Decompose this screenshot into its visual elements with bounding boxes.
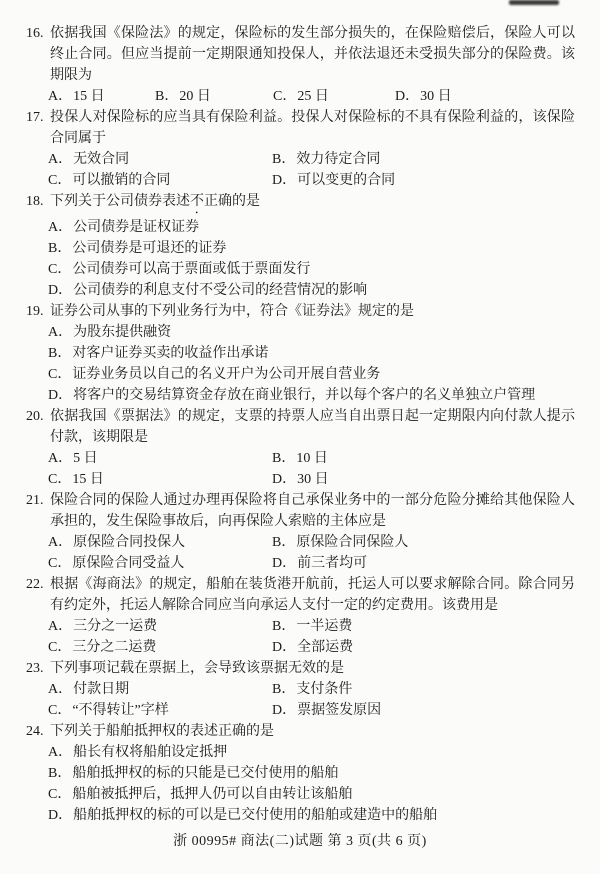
- stem-text: 依据我国《保险法》的规定，保险标的发生部分损失的，在保险赔偿后，保险人可以终止合…: [50, 26, 575, 83]
- option-C: C．原保险合同受益人: [48, 553, 272, 574]
- question-number: 20.: [26, 406, 50, 427]
- option-D: D．30 日: [395, 86, 575, 107]
- options-group: A．付款日期B．支付条件C．“不得转让”字样D．票据签发原因: [48, 679, 575, 721]
- question-24: 24.下列关于船舶抵押权的表述正确的是A．船长有权将船舶设定抵押B．船舶抵押权的…: [26, 721, 575, 826]
- stem-text: 正确的是: [204, 194, 260, 209]
- option-A: A．船长有权将船舶设定抵押: [48, 742, 575, 763]
- option-A: A．原保险合同投保人: [48, 532, 272, 553]
- stem-text: 投保人对保险标的应当具有保险利益。投保人对保险标的不具有保险利益的，该保险合同属…: [50, 110, 575, 146]
- options-group: A．船长有权将船舶设定抵押B．船舶抵押权的标的只能是已交付使用的船舶C．船舶被抵…: [48, 742, 575, 826]
- question-stem: 下列事项记载在票据上，会导致该票据无效的是: [50, 658, 575, 679]
- footer-text: 浙 00995# 商法(二)试题 第 3 页(共 6 页): [173, 834, 427, 849]
- question-body: 证券公司从事的下列业务行为中，符合《证券法》规定的是A．为股东提供融资B．对客户…: [50, 301, 575, 406]
- option-B: B．支付条件: [272, 679, 575, 700]
- question-22: 22.根据《海商法》的规定，船舶在装货港开航前，托运人可以要求解除合同。除合同另…: [26, 574, 575, 658]
- option-B: B．效力待定合同: [272, 149, 575, 170]
- option-B: B．公司债券是可退还的证券: [48, 238, 575, 259]
- option-label: B．: [272, 619, 295, 634]
- option-D: D．前三者均可: [272, 553, 575, 574]
- option-A: A．5 日: [48, 448, 272, 469]
- question-list: 16.依据我国《保险法》的规定，保险标的发生部分损失的，在保险赔偿后，保险人可以…: [26, 23, 575, 826]
- option-label: C．: [48, 173, 71, 188]
- option-A: A．无效合同: [48, 149, 272, 170]
- option-text: 效力待定合同: [296, 152, 380, 167]
- option-text: 20 日: [179, 89, 211, 104]
- question-number: 23.: [26, 658, 50, 679]
- option-label: C．: [48, 472, 71, 487]
- option-label: C．: [48, 262, 71, 277]
- option-C: C．15 日: [48, 469, 272, 490]
- option-D: D．可以变更的合同: [272, 170, 575, 191]
- question-body: 依据我国《票据法》的规定，支票的持票人应当自出票日起一定期限内向付款人提示付款，…: [50, 406, 575, 490]
- option-B: B．船舶抵押权的标的只能是已交付使用的船舶: [48, 763, 575, 784]
- option-text: 公司债券是可退还的证券: [72, 241, 226, 256]
- option-label: A．: [48, 325, 72, 340]
- option-B: B．对客户证券买卖的收益作出承诺: [48, 343, 575, 364]
- question-stem: 根据《海商法》的规定，船舶在装货港开航前，托运人可以要求解除合同。除合同另有约定…: [50, 574, 575, 616]
- option-C: C．船舶被抵押后，抵押人仍可以自由转让该船舶: [48, 784, 575, 805]
- option-text: 前三者均可: [297, 556, 367, 571]
- option-label: D．: [272, 703, 296, 718]
- option-A: A．为股东提供融资: [48, 322, 575, 343]
- question-body: 下列关于船舶抵押权的表述正确的是A．船长有权将船舶设定抵押B．船舶抵押权的标的只…: [50, 721, 575, 826]
- stem-text: 下列关于公司债券表述: [50, 194, 190, 209]
- option-text: 10 日: [296, 451, 328, 466]
- option-text: 原保险合同投保人: [73, 535, 185, 550]
- options-group: A．为股东提供融资B．对客户证券买卖的收益作出承诺C．证券业务员以自己的名义开户…: [48, 322, 575, 406]
- question-stem: 下列关于船舶抵押权的表述正确的是: [50, 721, 575, 742]
- option-text: 三分之一运费: [73, 619, 157, 634]
- option-B: B．原保险合同保险人: [272, 532, 575, 553]
- option-label: B．: [272, 152, 295, 167]
- stem-text: 依据我国《票据法》的规定，支票的持票人应当自出票日起一定期限内向付款人提示付款，…: [50, 409, 575, 445]
- option-text: 票据签发原因: [297, 703, 381, 718]
- option-label: A．: [48, 152, 72, 167]
- stem-text: 保险合同的保险人通过办理再保险将自己承保业务中的一部分危险分摊给其他保险人承担的…: [50, 493, 575, 529]
- option-D: D．全部运费: [272, 637, 575, 658]
- options-group: A．原保险合同投保人B．原保险合同保险人C．原保险合同受益人D．前三者均可: [48, 532, 575, 574]
- options-group: A．公司债券是证权证券B．公司债券是可退还的证券C．公司债券可以高于票面或低于票…: [48, 217, 575, 301]
- scan-smudge-artifact: [509, 0, 559, 5]
- option-label: A．: [48, 451, 72, 466]
- exam-paper: 16.依据我国《保险法》的规定，保险标的发生部分损失的，在保险赔偿后，保险人可以…: [0, 0, 600, 826]
- question-stem: 证券公司从事的下列业务行为中，符合《证券法》规定的是: [50, 301, 575, 322]
- option-text: “不得转让”字样: [72, 703, 168, 718]
- option-text: 公司债券是证权证券: [73, 220, 199, 235]
- question-number: 18.: [26, 191, 50, 212]
- option-label: B．: [48, 766, 71, 781]
- option-label: D．: [48, 283, 72, 298]
- option-label: A．: [48, 745, 72, 760]
- option-label: C．: [48, 787, 71, 802]
- option-label: B．: [155, 89, 178, 104]
- option-text: 30 日: [297, 472, 329, 487]
- option-D: D．船舶抵押权的标的可以是已交付使用的船舶或建造中的船舶: [48, 805, 575, 826]
- option-label: D．: [272, 556, 296, 571]
- option-text: 三分之二运费: [72, 640, 156, 655]
- option-label: A．: [48, 220, 72, 235]
- option-C: C．可以撤销的合同: [48, 170, 272, 191]
- option-label: C．: [273, 89, 296, 104]
- options-group: A．15 日B．20 日C．25 日D．30 日: [48, 86, 575, 107]
- question-17: 17.投保人对保险标的应当具有保险利益。投保人对保险标的不具有保险利益的，该保险…: [26, 107, 575, 191]
- option-text: 15 日: [73, 89, 105, 104]
- option-B: B．10 日: [272, 448, 575, 469]
- option-text: 可以变更的合同: [297, 173, 395, 188]
- option-label: D．: [48, 388, 72, 403]
- option-D: D．公司债券的利息支付不受公司的经营情况的影响: [48, 280, 575, 301]
- option-label: B．: [48, 241, 71, 256]
- question-stem: 依据我国《票据法》的规定，支票的持票人应当自出票日起一定期限内向付款人提示付款，…: [50, 406, 575, 448]
- question-stem: 保险合同的保险人通过办理再保险将自己承保业务中的一部分危险分摊给其他保险人承担的…: [50, 490, 575, 532]
- option-B: B．一半运费: [272, 616, 575, 637]
- option-C: C．公司债券可以高于票面或低于票面发行: [48, 259, 575, 280]
- option-text: 将客户的交易结算资金存放在商业银行，并以每个客户的名义单独立户管理: [73, 388, 535, 403]
- stem-text: 下列关于船舶抵押权的表述正确的是: [50, 724, 274, 739]
- option-label: D．: [272, 472, 296, 487]
- question-body: 下列事项记载在票据上，会导致该票据无效的是A．付款日期B．支付条件C．“不得转让…: [50, 658, 575, 721]
- option-label: C．: [48, 556, 71, 571]
- option-text: 可以撤销的合同: [72, 173, 170, 188]
- stem-text-emphasized: 不: [190, 194, 204, 209]
- options-group: A．三分之一运费B．一半运费C．三分之二运费D．全部运费: [48, 616, 575, 658]
- question-body: 投保人对保险标的应当具有保险利益。投保人对保险标的不具有保险利益的，该保险合同属…: [50, 107, 575, 191]
- option-text: 全部运费: [297, 640, 353, 655]
- question-23: 23.下列事项记载在票据上，会导致该票据无效的是A．付款日期B．支付条件C．“不…: [26, 658, 575, 721]
- question-body: 依据我国《保险法》的规定，保险标的发生部分损失的，在保险赔偿后，保险人可以终止合…: [50, 23, 575, 107]
- option-A: A．15 日: [48, 86, 155, 107]
- question-number: 19.: [26, 301, 50, 322]
- option-text: 为股东提供融资: [73, 325, 171, 340]
- option-label: D．: [48, 808, 72, 823]
- question-21: 21.保险合同的保险人通过办理再保险将自己承保业务中的一部分危险分摊给其他保险人…: [26, 490, 575, 574]
- question-stem: 下列关于公司债券表述不正确的是: [50, 191, 575, 217]
- option-text: 船舶被抵押后，抵押人仍可以自由转让该船舶: [72, 787, 352, 802]
- options-group: A．无效合同B．效力待定合同C．可以撤销的合同D．可以变更的合同: [48, 149, 575, 191]
- option-text: 一半运费: [296, 619, 352, 634]
- option-label: B．: [272, 682, 295, 697]
- question-body: 下列关于公司债券表述不正确的是A．公司债券是证权证券B．公司债券是可退还的证券C…: [50, 191, 575, 301]
- question-number: 22.: [26, 574, 50, 595]
- stem-text: 证券公司从事的下列业务行为中，符合《证券法》规定的是: [50, 304, 414, 319]
- option-text: 原保险合同保险人: [296, 535, 408, 550]
- option-C: C．三分之二运费: [48, 637, 272, 658]
- option-C: C．“不得转让”字样: [48, 700, 272, 721]
- question-body: 根据《海商法》的规定，船舶在装货港开航前，托运人可以要求解除合同。除合同另有约定…: [50, 574, 575, 658]
- scanned-exam-page: { "page": { "background_color": "#fbfbf9…: [0, 0, 600, 874]
- option-text: 付款日期: [73, 682, 129, 697]
- question-19: 19.证券公司从事的下列业务行为中，符合《证券法》规定的是A．为股东提供融资B．…: [26, 301, 575, 406]
- question-20: 20.依据我国《票据法》的规定，支票的持票人应当自出票日起一定期限内向付款人提示…: [26, 406, 575, 490]
- stem-text: 下列事项记载在票据上，会导致该票据无效的是: [50, 661, 344, 676]
- option-label: B．: [272, 535, 295, 550]
- option-text: 船长有权将船舶设定抵押: [73, 745, 227, 760]
- option-label: C．: [48, 703, 71, 718]
- option-text: 对客户证券买卖的收益作出承诺: [72, 346, 268, 361]
- question-18: 18.下列关于公司债券表述不正确的是A．公司债券是证权证券B．公司债券是可退还的…: [26, 191, 575, 301]
- question-number: 16.: [26, 23, 50, 44]
- option-text: 公司债券的利息支付不受公司的经营情况的影响: [73, 283, 367, 298]
- option-A: A．付款日期: [48, 679, 272, 700]
- option-text: 25 日: [297, 89, 329, 104]
- option-D: D．将客户的交易结算资金存放在商业银行，并以每个客户的名义单独立户管理: [48, 385, 575, 406]
- option-text: 5 日: [73, 451, 98, 466]
- question-stem: 投保人对保险标的应当具有保险利益。投保人对保险标的不具有保险利益的，该保险合同属…: [50, 107, 575, 149]
- option-text: 证券业务员以自己的名义开户为公司开展自营业务: [72, 367, 380, 382]
- option-label: A．: [48, 535, 72, 550]
- option-D: D．30 日: [272, 469, 575, 490]
- option-D: D．票据签发原因: [272, 700, 575, 721]
- option-text: 公司债券可以高于票面或低于票面发行: [72, 262, 310, 277]
- question-number: 21.: [26, 490, 50, 511]
- option-text: 船舶抵押权的标的只能是已交付使用的船舶: [72, 766, 338, 781]
- option-A: A．公司债券是证权证券: [48, 217, 575, 238]
- option-text: 30 日: [420, 89, 452, 104]
- question-number: 24.: [26, 721, 50, 742]
- option-label: B．: [272, 451, 295, 466]
- option-C: C．25 日: [273, 86, 395, 107]
- option-C: C．证券业务员以自己的名义开户为公司开展自营业务: [48, 364, 575, 385]
- question-number: 17.: [26, 107, 50, 128]
- option-A: A．三分之一运费: [48, 616, 272, 637]
- option-text: 无效合同: [73, 152, 129, 167]
- option-label: D．: [272, 173, 296, 188]
- option-label: A．: [48, 682, 72, 697]
- stem-text: 根据《海商法》的规定，船舶在装货港开航前，托运人可以要求解除合同。除合同另有约定…: [50, 577, 575, 613]
- option-label: D．: [272, 640, 296, 655]
- question-16: 16.依据我国《保险法》的规定，保险标的发生部分损失的，在保险赔偿后，保险人可以…: [26, 23, 575, 107]
- option-text: 船舶抵押权的标的可以是已交付使用的船舶或建造中的船舶: [73, 808, 437, 823]
- option-label: C．: [48, 640, 71, 655]
- option-text: 15 日: [72, 472, 104, 487]
- question-body: 保险合同的保险人通过办理再保险将自己承保业务中的一部分危险分摊给其他保险人承担的…: [50, 490, 575, 574]
- option-label: C．: [48, 367, 71, 382]
- option-label: A．: [48, 89, 72, 104]
- options-group: A．5 日B．10 日C．15 日D．30 日: [48, 448, 575, 490]
- option-B: B．20 日: [155, 86, 273, 107]
- option-text: 支付条件: [296, 682, 352, 697]
- question-stem: 依据我国《保险法》的规定，保险标的发生部分损失的，在保险赔偿后，保险人可以终止合…: [50, 23, 575, 86]
- option-label: B．: [48, 346, 71, 361]
- page-footer: 浙 00995# 商法(二)试题 第 3 页(共 6 页): [0, 831, 600, 852]
- option-label: A．: [48, 619, 72, 634]
- option-label: D．: [395, 89, 419, 104]
- option-text: 原保险合同受益人: [72, 556, 184, 571]
